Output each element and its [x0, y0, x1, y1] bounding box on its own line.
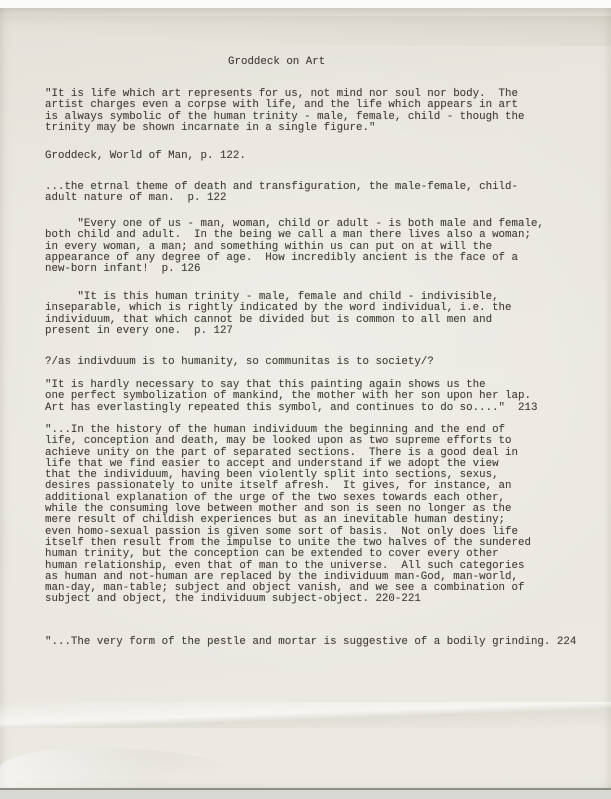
paragraph-quote-life-and-art: "It is life which art represents for us,… — [45, 89, 524, 134]
line-quote-pestle-and-mortar: "...The very form of the pestle and mort… — [45, 637, 576, 648]
document-title: Groddeck on Art — [228, 57, 325, 68]
paragraph-quote-every-one-of-us: "Every one of us - man, woman, child or … — [45, 219, 544, 275]
citation-line: Groddeck, World of Man, p. 122. — [45, 151, 246, 162]
line-note-individuum-communitas: ?/as indivduum is to humanity, so commun… — [45, 357, 434, 368]
scanner-bed-edge — [0, 788, 611, 799]
paper-crease-horizontal — [0, 702, 611, 728]
paragraph-quote-history-of-individuum: "...In the history of the human individu… — [45, 425, 531, 606]
paragraph-note-eternal-theme: ...the etrnal theme of death and transfi… — [45, 182, 518, 205]
scanned-document: Groddeck on Art "It is life which art re… — [0, 0, 611, 799]
paper-sheet: Groddeck on Art "It is life which art re… — [0, 8, 611, 790]
paragraph-quote-painting-symbolization: "It is hardly necessary to say that this… — [45, 380, 537, 414]
paragraph-quote-human-trinity: "It is this human trinity - male, female… — [45, 292, 512, 337]
paper-crease-top — [0, 16, 611, 46]
